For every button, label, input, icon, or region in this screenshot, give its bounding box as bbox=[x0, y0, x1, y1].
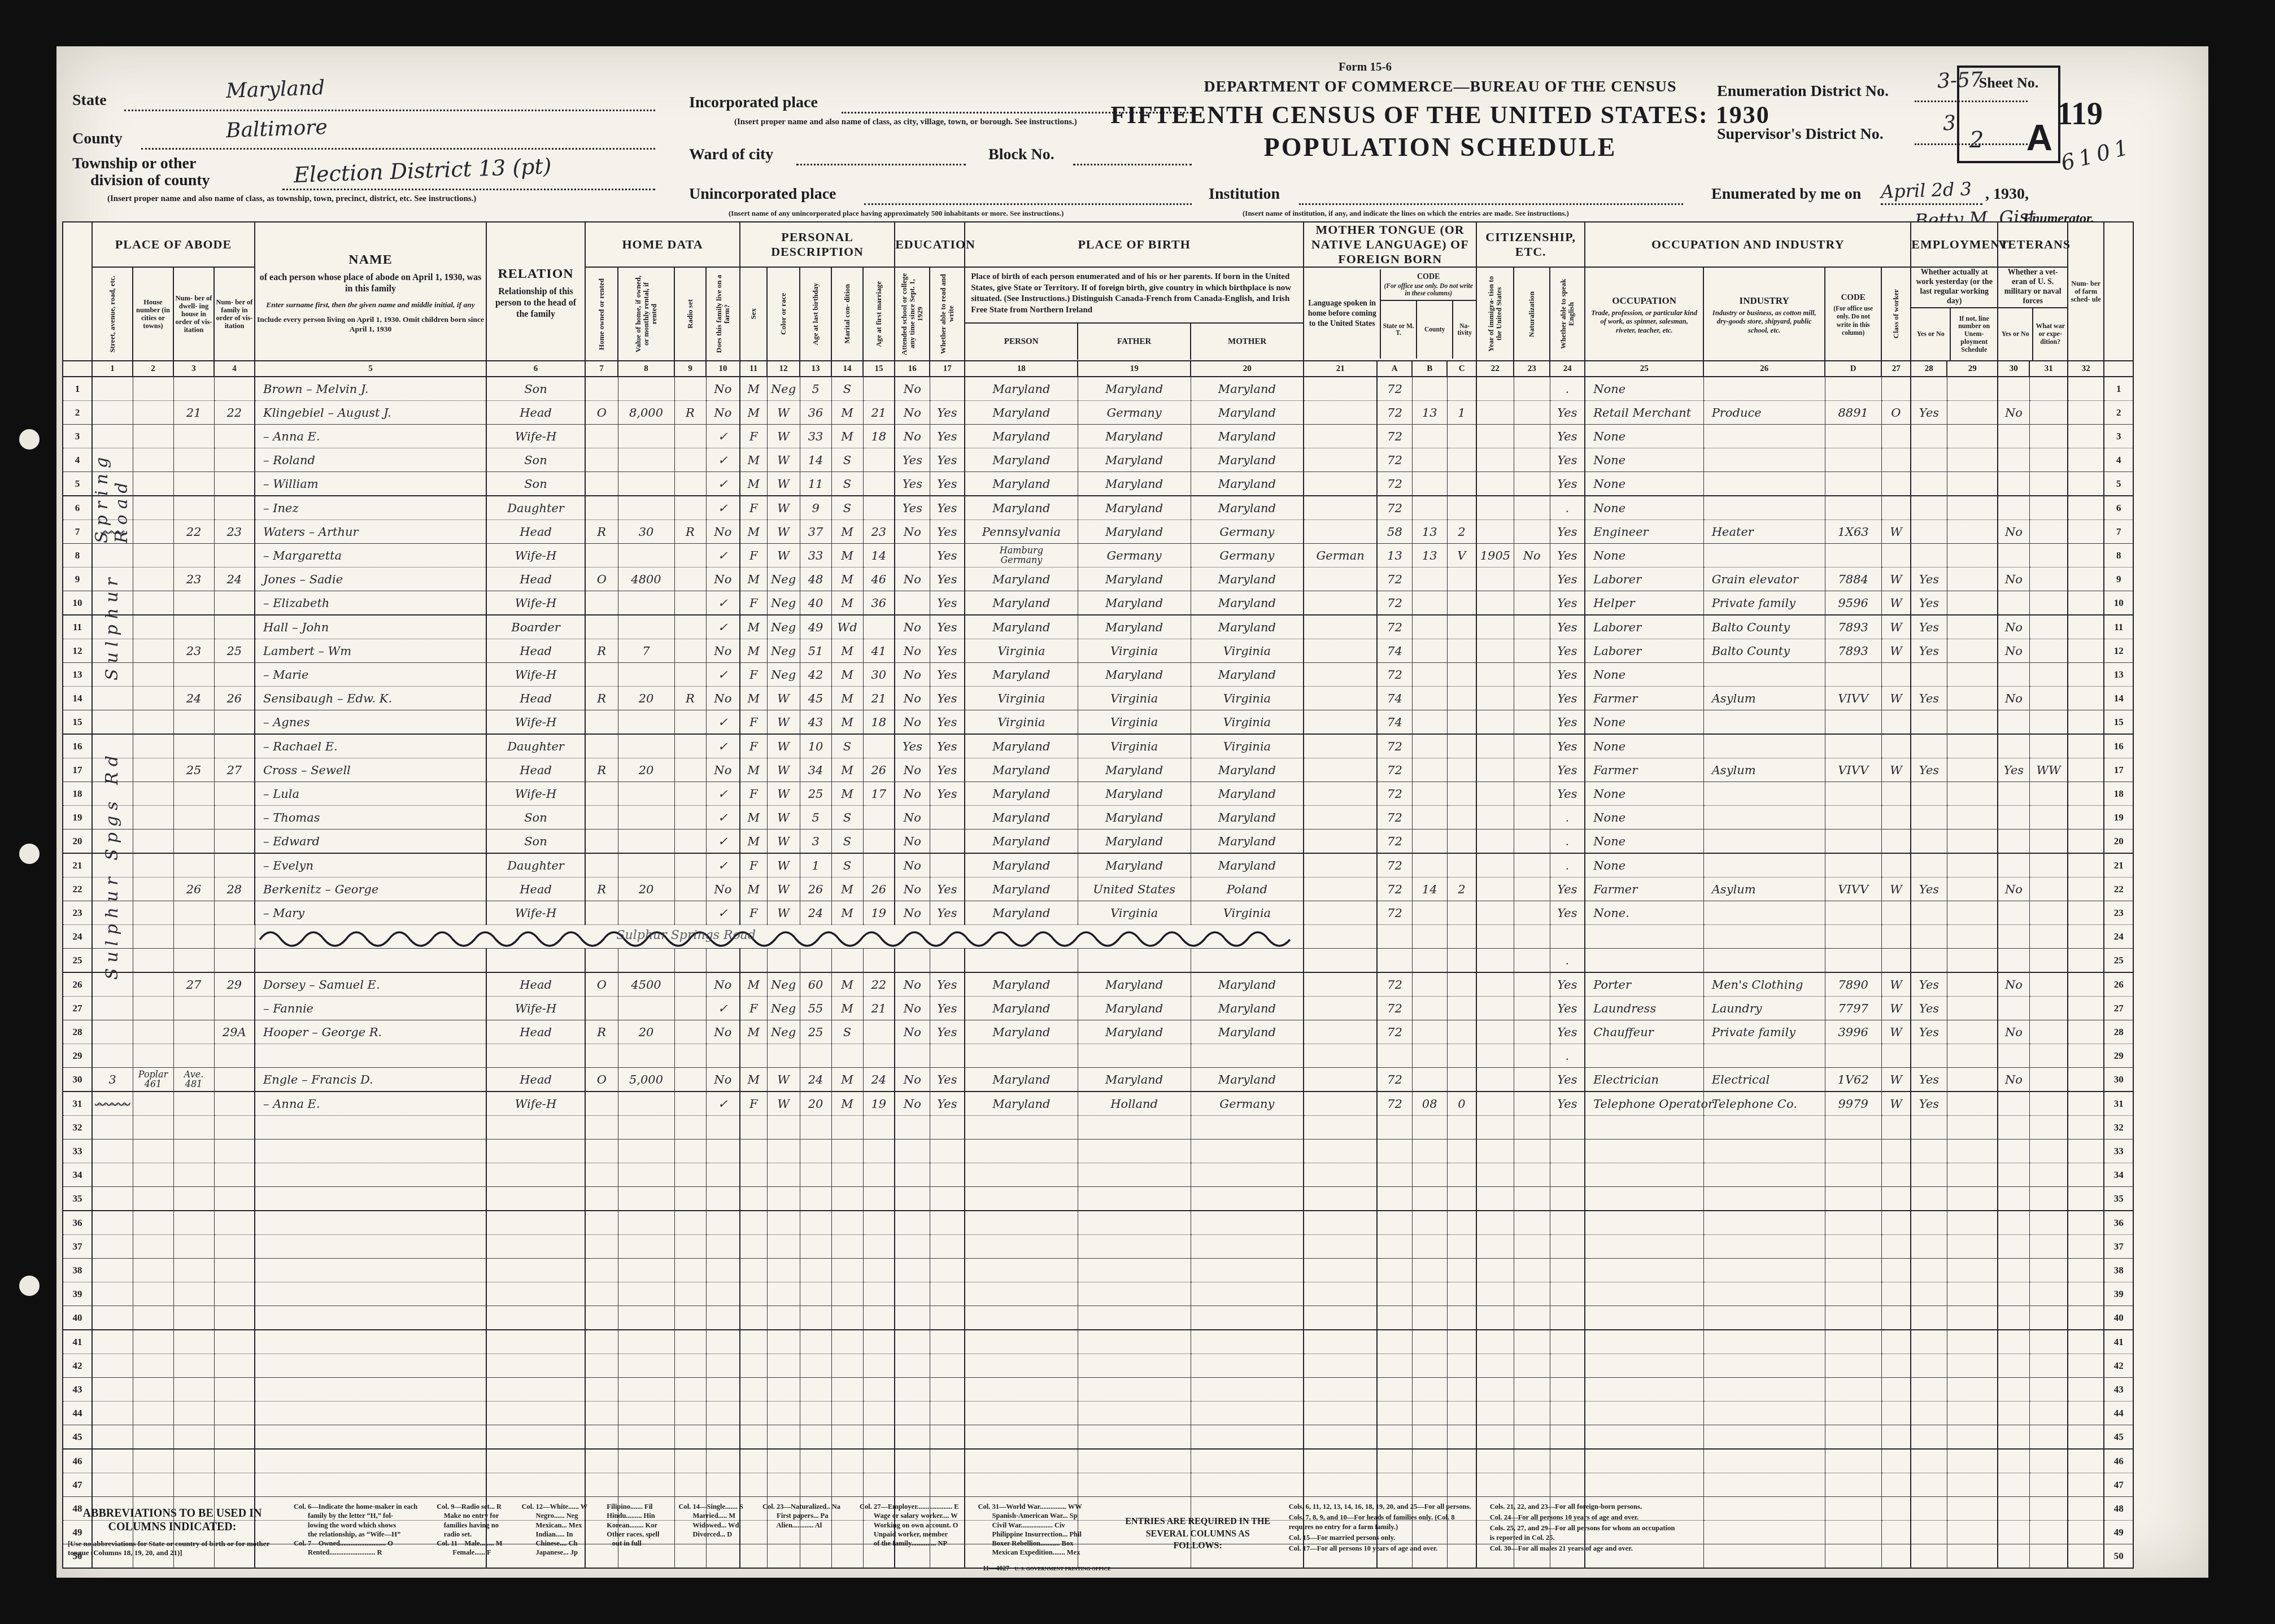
header-blank bbox=[2104, 222, 2133, 361]
cell-codeD bbox=[1825, 734, 1881, 758]
cell-v30 bbox=[1998, 734, 2029, 758]
table-row: 11Hall – JohnBoarder✓MNeg49WdNoYesMaryla… bbox=[63, 615, 2133, 639]
cell-dwell: 24 bbox=[173, 687, 214, 710]
cell-bf: Maryland bbox=[1078, 782, 1191, 806]
cell-bm: Maryland bbox=[1191, 853, 1304, 878]
cell-bf bbox=[1078, 1044, 1191, 1068]
cell-cC: 2 bbox=[1447, 520, 1476, 544]
cell-rel bbox=[486, 1211, 585, 1235]
cell-sch bbox=[895, 1211, 930, 1235]
header-employment: Whether actually at work yesterday (or t… bbox=[1911, 267, 1998, 361]
cell-age bbox=[800, 1425, 831, 1450]
cell-ind: Telephone Co. bbox=[1703, 1092, 1825, 1116]
table-row: 19– ThomasSon✓MW5SNoMarylandMarylandMary… bbox=[63, 806, 2133, 830]
department-line: DEPARTMENT OF COMMERCE—BUREAU OF THE CEN… bbox=[1101, 78, 1779, 96]
enumerated-mid: , 1930, bbox=[1985, 185, 2029, 203]
cell-val bbox=[618, 853, 674, 878]
cell-agem bbox=[863, 1235, 895, 1259]
cell-war bbox=[2029, 1020, 2068, 1044]
cell-age: 9 bbox=[800, 496, 831, 520]
cell-radio bbox=[674, 972, 706, 997]
cell-cB: 13 bbox=[1412, 544, 1447, 567]
cell-nat bbox=[1514, 1068, 1550, 1092]
cell-rel bbox=[486, 1473, 585, 1497]
cell-age bbox=[800, 1306, 831, 1330]
cell-street bbox=[92, 448, 133, 472]
cell-dwell bbox=[173, 1282, 214, 1306]
cell-ln_r: 40 bbox=[2104, 1306, 2133, 1330]
cell-mar: S bbox=[831, 377, 863, 401]
cell-name: – Edward bbox=[255, 830, 486, 854]
cell-e29 bbox=[1947, 567, 1998, 591]
cell-sch: No bbox=[895, 615, 930, 639]
column-number: 22 bbox=[1476, 361, 1514, 377]
cell-f32 bbox=[2068, 639, 2104, 663]
cell-occ: Engineer bbox=[1585, 520, 1703, 544]
cell-eng: Yes bbox=[1550, 710, 1585, 735]
cell-imm bbox=[1476, 1235, 1514, 1259]
unincorporated-label: Unincorporated place bbox=[689, 185, 836, 203]
cell-v30: No bbox=[1998, 687, 2029, 710]
cell-val bbox=[618, 997, 674, 1020]
cell-cls bbox=[1881, 1140, 1911, 1163]
cell-radio bbox=[674, 1449, 706, 1473]
cell-occ: Farmer bbox=[1585, 687, 1703, 710]
cell-imm bbox=[1476, 1354, 1514, 1378]
cell-e29 bbox=[1947, 377, 1998, 401]
cell-ln_r: 8 bbox=[2104, 544, 2133, 567]
cell-war bbox=[2029, 1259, 2068, 1282]
county-underline bbox=[141, 148, 655, 150]
cell-sex: M bbox=[740, 520, 767, 544]
table-row: 29.29 bbox=[63, 1044, 2133, 1068]
table-row: 15– AgnesWife-H✓FW43M18NoYesVirginiaVirg… bbox=[63, 710, 2133, 735]
cell-name: Brown – Melvin J. bbox=[255, 377, 486, 401]
cell-read: Yes bbox=[930, 710, 965, 735]
cell-sch: No bbox=[895, 520, 930, 544]
cell-radio bbox=[674, 1116, 706, 1140]
cell-read bbox=[930, 1425, 965, 1450]
incorporated-label: Incorporated place bbox=[689, 94, 818, 112]
cell-val bbox=[618, 806, 674, 830]
cell-cA: 72 bbox=[1377, 758, 1412, 782]
cell-v30 bbox=[1998, 1044, 2029, 1068]
cell-age: 10 bbox=[800, 734, 831, 758]
cell-race: Neg bbox=[767, 591, 800, 615]
cell-mar bbox=[831, 1306, 863, 1330]
column-number: 24 bbox=[1550, 361, 1585, 377]
cell-val bbox=[618, 472, 674, 496]
cell-e29 bbox=[1947, 853, 1998, 878]
cell-mar bbox=[831, 1282, 863, 1306]
cell-eng bbox=[1550, 1449, 1585, 1473]
cell-street bbox=[92, 782, 133, 806]
cell-ind bbox=[1703, 734, 1825, 758]
cell-sch: Yes bbox=[895, 472, 930, 496]
cell-age: 24 bbox=[800, 901, 831, 925]
column-number: 32 bbox=[2068, 361, 2104, 377]
cell-war bbox=[2029, 591, 2068, 615]
cell-radio: R bbox=[674, 401, 706, 425]
cell-house bbox=[133, 448, 173, 472]
cell-imm bbox=[1476, 520, 1514, 544]
cell-race: Neg bbox=[767, 972, 800, 997]
cell-bp: Maryland bbox=[965, 782, 1078, 806]
cell-nat bbox=[1514, 401, 1550, 425]
cell-cA: 74 bbox=[1377, 639, 1412, 663]
cell-eng bbox=[1550, 1116, 1585, 1140]
header-farm: Does this family live on a farm? bbox=[706, 267, 740, 361]
cell-age bbox=[800, 1402, 831, 1425]
township-label-line2: division of county bbox=[90, 172, 210, 190]
cell-occ: None bbox=[1585, 425, 1703, 448]
cell-e28 bbox=[1911, 782, 1947, 806]
cell-nat bbox=[1514, 734, 1550, 758]
cell-nat bbox=[1514, 758, 1550, 782]
cell-occ bbox=[1585, 949, 1703, 973]
cell-mar bbox=[831, 1259, 863, 1282]
ed-label: Enumeration District No. bbox=[1717, 82, 1889, 101]
cell-tongue bbox=[1304, 1092, 1377, 1116]
cell-cC bbox=[1447, 949, 1476, 973]
cell-race bbox=[767, 1116, 800, 1140]
cell-agem bbox=[863, 734, 895, 758]
table-row: 31———– Anna E.Wife-H✓FW20M19NoYesMarylan… bbox=[63, 1092, 2133, 1116]
cell-cA: 74 bbox=[1377, 687, 1412, 710]
cell-agem: 19 bbox=[863, 901, 895, 925]
cell-val bbox=[618, 1140, 674, 1163]
cell-bp: Maryland bbox=[965, 472, 1078, 496]
cell-cA: 13 bbox=[1377, 544, 1412, 567]
cell-codeD: VIVV bbox=[1825, 758, 1881, 782]
cell-own: R bbox=[585, 639, 618, 663]
cell-mar bbox=[831, 1140, 863, 1163]
table-row: 16– Rachael E.Daughter✓FW10SYesYesMaryla… bbox=[63, 734, 2133, 758]
cell-val: 20 bbox=[618, 878, 674, 901]
cell-bf: Maryland bbox=[1078, 1020, 1191, 1044]
cell-f32 bbox=[2068, 949, 2104, 973]
cell-radio bbox=[674, 377, 706, 401]
cell-v30 bbox=[1998, 901, 2029, 925]
institution-label: Institution bbox=[1209, 185, 1280, 203]
cell-rel: Wife-H bbox=[486, 1092, 585, 1116]
cell-rel: Son bbox=[486, 830, 585, 854]
cell-ln_r: 16 bbox=[2104, 734, 2133, 758]
cell-bm: Germany bbox=[1191, 1092, 1304, 1116]
cell-codeD bbox=[1825, 901, 1881, 925]
cell-occ bbox=[1585, 1259, 1703, 1282]
header-mar: Marital con- dition bbox=[831, 267, 863, 361]
cell-agem bbox=[863, 1282, 895, 1306]
cell-rel bbox=[486, 1187, 585, 1211]
cell-cls bbox=[1881, 1425, 1911, 1450]
cell-imm bbox=[1476, 1378, 1514, 1402]
cell-sex: F bbox=[740, 710, 767, 735]
cell-read: Yes bbox=[930, 878, 965, 901]
cell-cB bbox=[1412, 1306, 1447, 1330]
cell-ln_l: 30 bbox=[63, 1068, 92, 1092]
cell-eng bbox=[1550, 1235, 1585, 1259]
cell-ind: Produce bbox=[1703, 401, 1825, 425]
cell-cC bbox=[1447, 1306, 1476, 1330]
header-sch: Attended school or college any time sinc… bbox=[895, 267, 930, 361]
cell-imm bbox=[1476, 972, 1514, 997]
enumerated-prefix: Enumerated by me on bbox=[1711, 185, 1861, 203]
cell-cA: 72 bbox=[1377, 734, 1412, 758]
cell-cls bbox=[1881, 1163, 1911, 1187]
cell-name: – Elizabeth bbox=[255, 591, 486, 615]
cell-mar: M bbox=[831, 520, 863, 544]
cell-sex bbox=[740, 1402, 767, 1425]
cell-cB bbox=[1412, 949, 1447, 973]
cell-age bbox=[800, 1330, 831, 1354]
cell-farm bbox=[706, 1044, 740, 1068]
cell-v30 bbox=[1998, 1425, 2029, 1450]
cell-own bbox=[585, 1473, 618, 1497]
cell-occ bbox=[1585, 1187, 1703, 1211]
cell-house bbox=[133, 663, 173, 687]
cell-sch bbox=[895, 1140, 930, 1163]
cell-ln_l: 40 bbox=[63, 1306, 92, 1330]
cell-read: Yes bbox=[930, 1020, 965, 1044]
cell-ln_r: 41 bbox=[2104, 1330, 2133, 1354]
cell-bp bbox=[965, 1306, 1078, 1330]
cell-e29 bbox=[1947, 472, 1998, 496]
cell-bp bbox=[965, 1140, 1078, 1163]
cell-v30: No bbox=[1998, 878, 2029, 901]
cell-cB: 08 bbox=[1412, 1092, 1447, 1116]
cell-nat bbox=[1514, 687, 1550, 710]
cell-imm bbox=[1476, 401, 1514, 425]
cell-eng: Yes bbox=[1550, 615, 1585, 639]
cell-sch: No bbox=[895, 567, 930, 591]
cell-ln_r: 22 bbox=[2104, 878, 2133, 901]
cell-farm: ✓ bbox=[706, 663, 740, 687]
cell-cC bbox=[1447, 1235, 1476, 1259]
cell-imm bbox=[1476, 949, 1514, 973]
cell-war bbox=[2029, 734, 2068, 758]
group-label: PERSONAL DESCRIPTION bbox=[740, 222, 895, 267]
cell-dwell bbox=[173, 1378, 214, 1402]
cell-cC bbox=[1447, 1140, 1476, 1163]
header-agem: Age at first marriage bbox=[863, 267, 895, 361]
cell-radio bbox=[674, 853, 706, 878]
cell-ind: Balto County bbox=[1703, 639, 1825, 663]
cell-name bbox=[255, 1282, 486, 1306]
cell-sex bbox=[740, 1354, 767, 1378]
group-label: VETERANS bbox=[1998, 222, 2068, 267]
cell-own bbox=[585, 472, 618, 496]
cell-cB bbox=[1412, 925, 1447, 949]
cell-ln_r: 36 bbox=[2104, 1211, 2133, 1235]
cell-agem bbox=[863, 1044, 895, 1068]
cell-v30 bbox=[1998, 448, 2029, 472]
cell-read bbox=[930, 853, 965, 878]
cell-codeD bbox=[1825, 949, 1881, 973]
cell-eng bbox=[1550, 925, 1585, 949]
cell-race: W bbox=[767, 806, 800, 830]
cell-house bbox=[133, 1044, 173, 1068]
cell-e29 bbox=[1947, 782, 1998, 806]
cell-mar: M bbox=[831, 758, 863, 782]
cell-imm bbox=[1476, 878, 1514, 901]
cell-age: 1 bbox=[800, 853, 831, 878]
cell-name bbox=[255, 1330, 486, 1354]
cell-imm bbox=[1476, 1211, 1514, 1235]
cell-read bbox=[930, 1330, 965, 1354]
cell-occ: None bbox=[1585, 806, 1703, 830]
cell-dwell bbox=[173, 997, 214, 1020]
cell-f32 bbox=[2068, 663, 2104, 687]
cell-f32 bbox=[2068, 1425, 2104, 1450]
cell-street bbox=[92, 1211, 133, 1235]
cell-farm: ✓ bbox=[706, 782, 740, 806]
cell-age bbox=[800, 1473, 831, 1497]
cell-v30 bbox=[1998, 472, 2029, 496]
cell-sex bbox=[740, 1473, 767, 1497]
cell-nat bbox=[1514, 1163, 1550, 1187]
print-code: 11—4027 bbox=[983, 1564, 1009, 1572]
cell-street bbox=[92, 1187, 133, 1211]
cell-read: Yes bbox=[930, 401, 965, 425]
table-row: 8– MargarettaWife-H✓FW33M14YesHamburgGer… bbox=[63, 544, 2133, 567]
cell-bm bbox=[1191, 1211, 1304, 1235]
cell-war bbox=[2029, 615, 2068, 639]
cell-eng: Yes bbox=[1550, 878, 1585, 901]
header-radio: Radio set bbox=[674, 267, 706, 361]
cell-name: – Margaretta bbox=[255, 544, 486, 567]
cell-imm bbox=[1476, 1259, 1514, 1282]
cell-sex bbox=[740, 1235, 767, 1259]
cell-bp: Virginia bbox=[965, 710, 1078, 735]
column-number: 17 bbox=[930, 361, 965, 377]
cell-name bbox=[255, 1140, 486, 1163]
cell-age: 48 bbox=[800, 567, 831, 591]
cell-radio bbox=[674, 1354, 706, 1378]
cell-cC bbox=[1447, 1187, 1476, 1211]
table-row: 3737 bbox=[63, 1235, 2133, 1259]
cell-codeD: 7797 bbox=[1825, 997, 1881, 1020]
cell-eng: Yes bbox=[1550, 591, 1585, 615]
cell-house bbox=[133, 758, 173, 782]
cell-rel: Wife-H bbox=[486, 425, 585, 448]
cell-bp: Maryland bbox=[965, 853, 1078, 878]
cell-ln_r: 4 bbox=[2104, 448, 2133, 472]
cell-e28 bbox=[1911, 1402, 1947, 1425]
cell-ln_l: 6 bbox=[63, 496, 92, 520]
cell-read bbox=[930, 377, 965, 401]
cell-read: Yes bbox=[930, 591, 965, 615]
cell-read bbox=[930, 949, 965, 973]
cell-bm bbox=[1191, 949, 1304, 973]
cell-fam bbox=[214, 1473, 255, 1497]
form-number: Form 15-6 bbox=[1339, 60, 1392, 74]
cell-agem bbox=[863, 1211, 895, 1235]
cell-farm: ✓ bbox=[706, 806, 740, 830]
cell-eng bbox=[1550, 1378, 1585, 1402]
cell-house bbox=[133, 377, 173, 401]
cell-ln_r: 21 bbox=[2104, 853, 2133, 878]
cell-ind bbox=[1703, 1330, 1825, 1354]
cell-cC bbox=[1447, 925, 1476, 949]
cell-bp: Maryland bbox=[965, 1092, 1078, 1116]
cell-race: W bbox=[767, 687, 800, 710]
cell-bf bbox=[1078, 1187, 1191, 1211]
table-row: 4– RolandSon✓MW14SYesYesMarylandMaryland… bbox=[63, 448, 2133, 472]
cell-radio bbox=[674, 758, 706, 782]
cell-farm: No bbox=[706, 687, 740, 710]
cell-cls: W bbox=[1881, 1068, 1911, 1092]
cell-f32 bbox=[2068, 925, 2104, 949]
cell-cA: 58 bbox=[1377, 520, 1412, 544]
cell-agem: 21 bbox=[863, 997, 895, 1020]
cell-e29 bbox=[1947, 878, 1998, 901]
column-number: 26 bbox=[1703, 361, 1825, 377]
cell-name: – Thomas bbox=[255, 806, 486, 830]
cell-cls bbox=[1881, 425, 1911, 448]
cell-name bbox=[255, 1449, 486, 1473]
cell-house bbox=[133, 1425, 173, 1450]
cell-eng: . bbox=[1550, 1044, 1585, 1068]
cell-rel bbox=[486, 1330, 585, 1354]
cell-e29 bbox=[1947, 972, 1998, 997]
cell-e29 bbox=[1947, 1402, 1998, 1425]
column-number: 12 bbox=[767, 361, 800, 377]
cell-radio bbox=[674, 1473, 706, 1497]
unincorporated-underline bbox=[864, 203, 1192, 205]
cell-cA: 72 bbox=[1377, 401, 1412, 425]
cell-imm bbox=[1476, 853, 1514, 878]
cell-mar: M bbox=[831, 639, 863, 663]
cell-f32 bbox=[2068, 401, 2104, 425]
cell-fam: 24 bbox=[214, 567, 255, 591]
header-veterans: Whether a vet- eran of U. S. military or… bbox=[1998, 267, 2068, 361]
cell-read: Yes bbox=[930, 972, 965, 997]
cell-read: Yes bbox=[930, 496, 965, 520]
table-row: 3939 bbox=[63, 1282, 2133, 1306]
cell-house bbox=[133, 591, 173, 615]
cell-name: – Inez bbox=[255, 496, 486, 520]
cell-age: 45 bbox=[800, 687, 831, 710]
cell-war bbox=[2029, 425, 2068, 448]
cell-nat bbox=[1514, 1306, 1550, 1330]
cell-house bbox=[133, 806, 173, 830]
cell-cC bbox=[1447, 615, 1476, 639]
cell-race: W bbox=[767, 1092, 800, 1116]
cell-bp: Maryland bbox=[965, 758, 1078, 782]
cell-ln_l: 20 bbox=[63, 830, 92, 854]
cell-cls: W bbox=[1881, 758, 1911, 782]
cell-farm bbox=[706, 1116, 740, 1140]
cell-fam bbox=[214, 1402, 255, 1425]
cell-eng: Yes bbox=[1550, 567, 1585, 591]
institution-note: (Insert name of institution, if any, and… bbox=[1243, 209, 1569, 218]
cell-e28 bbox=[1911, 1330, 1947, 1354]
cell-occ bbox=[1585, 1306, 1703, 1330]
cell-house bbox=[133, 615, 173, 639]
cell-v30 bbox=[1998, 544, 2029, 567]
cell-rel: Wife-H bbox=[486, 544, 585, 567]
abbreviation-block: Col. 12—White...... W Negro...... Neg Me… bbox=[522, 1502, 588, 1557]
cell-ind bbox=[1703, 1211, 1825, 1235]
cell-bp: Maryland bbox=[965, 615, 1078, 639]
cell-cC: V bbox=[1447, 544, 1476, 567]
column-number: 10 bbox=[706, 361, 740, 377]
cell-race bbox=[767, 1163, 800, 1187]
cell-dwell bbox=[173, 1402, 214, 1425]
cell-e29 bbox=[1947, 1330, 1998, 1354]
cell-sex bbox=[740, 1306, 767, 1330]
